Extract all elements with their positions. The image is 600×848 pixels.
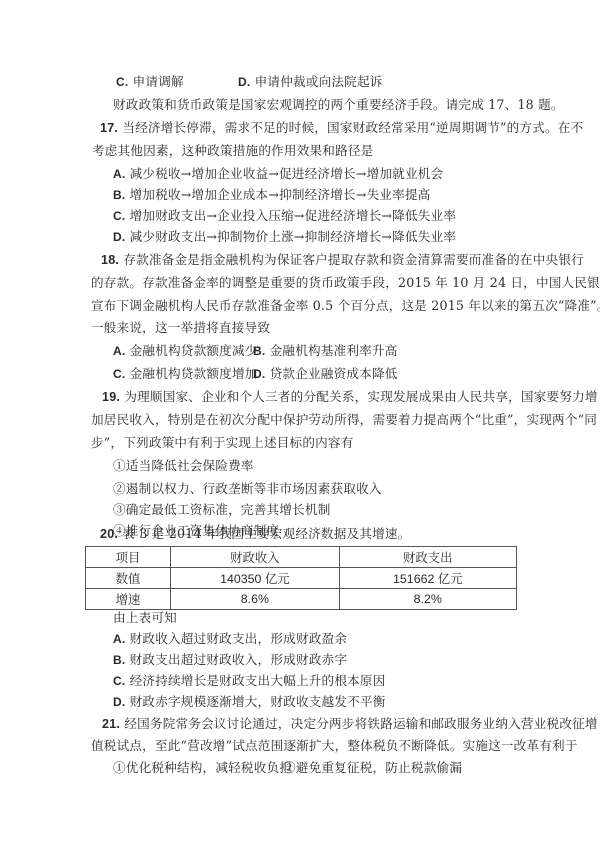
- q17-option-d: D. 减少财政支出→抑制物价上涨→抑制经济增长→降低失业率: [113, 229, 456, 245]
- q20-option-a: A. 财政收入超过财政支出，形成财政盈余: [113, 631, 347, 647]
- q17-stem-line2: 考虑其他因素，这种政策措施的作用效果和路径是: [92, 143, 373, 159]
- table-cell: 8.2%: [339, 589, 516, 610]
- q19-number: 19.: [102, 390, 120, 404]
- q20-data-table: 项目 财政收入 财政支出 数值 140350 亿元 151662 亿元 增速 8…: [85, 546, 517, 610]
- table-cell: 8.6%: [171, 589, 339, 610]
- table-row: 增速 8.6% 8.2%: [86, 589, 517, 610]
- q18-stem-line2: 的存款。存款准备金率的调整是重要的货币政策手段，2015 年 10 月 24 日…: [91, 275, 600, 291]
- q18-stem-line3: 宣布下调金融机构人民币存款准备金率 0.5 个百分点，这是 2015 年以来的第…: [91, 298, 600, 314]
- q20-number: 20.: [100, 527, 118, 541]
- q18-option-b: B. 金融机构基准利率升高: [253, 343, 398, 359]
- q18-number: 18.: [101, 253, 119, 267]
- q18-stem-line4: 一般来说，这一举措将直接导致: [91, 320, 270, 336]
- q20-option-d: D. 财政赤字规模逐渐增大，财政收支越发不平衡: [113, 694, 386, 710]
- q17-stem-line1: 17. 当经济增长停滞，需求不足的时候，国家财政经常采用“逆周期调节”的方式。在…: [100, 120, 583, 136]
- q18-option-a: A. 金融机构贷款额度减少: [113, 343, 258, 359]
- q17-option-b: B. 增加税收→增加企业成本→抑制经济增长→失业率提高: [113, 187, 431, 203]
- q19-stem-line3: 步”，下列政策中有利于实现上述目标的内容有: [91, 435, 354, 451]
- table-header-row: 项目 财政收入 财政支出: [86, 547, 517, 568]
- q17-option-c: C. 增加财政支出→企业投入压缩→促进经济增长→降低失业率: [113, 208, 456, 224]
- q19-stem-line1: 19. 为理顺国家、企业和个人三者的分配关系，实现发展成果由人民共享，国家要努力…: [102, 389, 598, 405]
- q21-item-2: ②避免重复征税，防止税款偷漏: [283, 760, 462, 776]
- table-cell: 增速: [86, 589, 171, 610]
- section-intro: 财政政策和货币政策是国家宏观调控的两个重要经济手段。请完成 17、18 题。: [113, 97, 564, 113]
- q18-option-c: C. 金融机构贷款额度增加: [113, 366, 258, 382]
- q20-lead: 由上表可知: [113, 610, 177, 626]
- table-cell: 数值: [86, 568, 171, 589]
- q17-number: 17.: [100, 121, 118, 135]
- q20-option-b: B. 财政支出超过财政收入，形成财政赤字: [113, 652, 347, 668]
- table-cell: 151662 亿元: [339, 568, 516, 589]
- table-header-cell: 财政支出: [339, 547, 516, 568]
- q21-number: 21.: [102, 717, 120, 731]
- q21-stem-line1: 21. 经国务院常务会议讨论通过，决定分两步将铁路运输和邮政服务业纳入营业税改征…: [102, 716, 598, 732]
- q21-item-1: ①优化税种结构，减轻税收负担: [113, 760, 292, 776]
- q19-item-1: ①适当降低社会保险费率: [113, 458, 254, 474]
- q19-item-3: ③确定最低工资标准，完善其增长机制: [113, 502, 331, 518]
- q20-option-c: C. 经济持续增长是财政支出大幅上升的根本原因: [113, 673, 386, 689]
- q16-option-c: C. 申请调解: [116, 74, 184, 90]
- q16-option-d: D. 申请仲裁或向法院起诉: [238, 74, 383, 90]
- table-row: 数值 140350 亿元 151662 亿元: [86, 568, 517, 589]
- q19-stem-line2: 加居民收入，特别是在初次分配中保护劳动所得，需要着力提高两个“比重”，实现两个“…: [91, 412, 597, 428]
- table-header-cell: 项目: [86, 547, 171, 568]
- q18-stem-line1: 18. 存款准备金是指金融机构为保证客户提取存款和资金清算需要而准备的在中央银行: [101, 252, 584, 268]
- q18-option-d: D. 贷款企业融资成本降低: [253, 366, 398, 382]
- q19-item-2: ②遏制以权力、行政垄断等非市场因素获取收入: [113, 481, 382, 497]
- table-header-cell: 财政收入: [171, 547, 339, 568]
- q21-stem-line2: 值税试点，至此“营改增”试点范围逐渐扩大，整体税负不断降低。实施这一改革有利于: [91, 738, 578, 754]
- exam-page: C. 申请调解 D. 申请仲裁或向法院起诉 财政政策和货币政策是国家宏观调控的两…: [0, 0, 600, 848]
- table-cell: 140350 亿元: [171, 568, 339, 589]
- q17-option-a: A. 减少税收→增加企业收益→促进经济增长→增加就业机会: [113, 166, 443, 182]
- q20-stem-line: 20. 表 3 是 2014 年我国主要宏观经济数据及其增速。: [100, 526, 411, 542]
